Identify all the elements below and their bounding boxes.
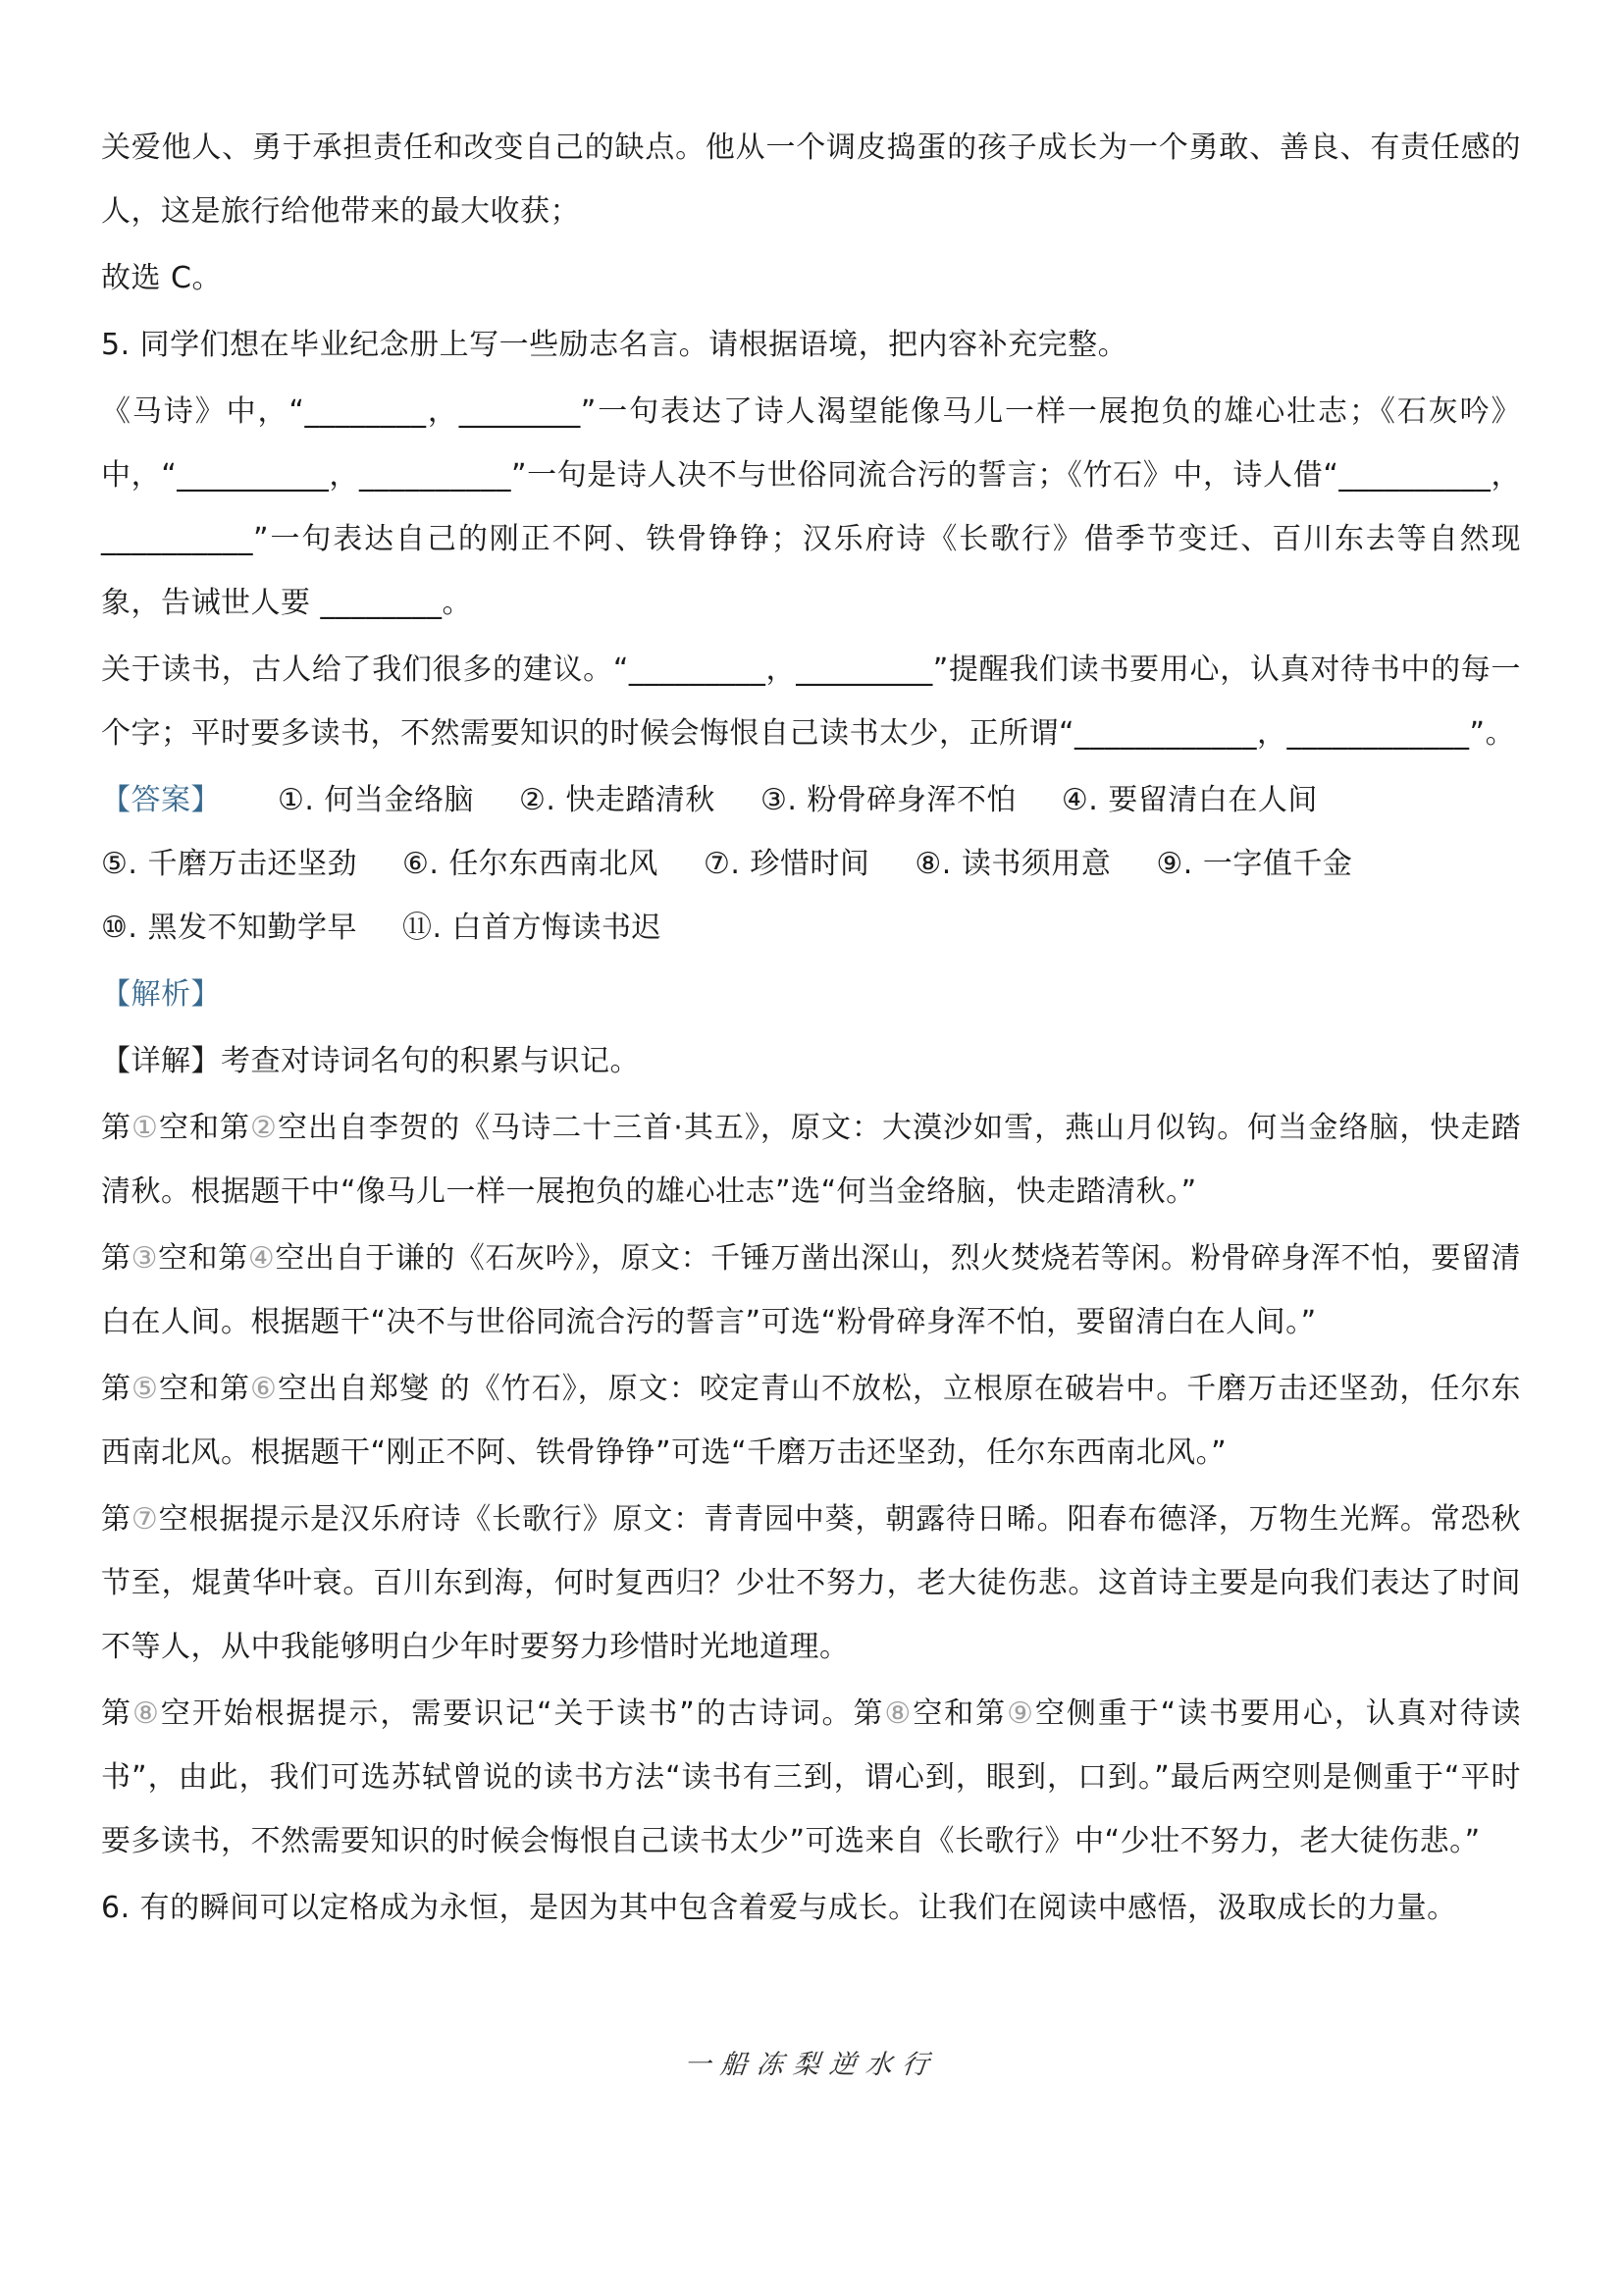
text-segment: 第 [101,1111,131,1145]
circled-number: ⑦ [131,1502,159,1537]
text-segment: 第 [101,1502,131,1537]
text-segment: 空和第 [159,1372,250,1406]
answer-item: ⑨. 一字值千金 [1156,832,1352,896]
answer-item: ⑥. 任尔东西南北风 [402,832,658,896]
paragraph-blank-3-4: 第③空和第④空出自于谦的《石灰吟》，原文：千锤万凿出深山，烈火焚烧若等闲。粉骨碎… [101,1226,1521,1354]
text-segment: 空出自于谦的《石灰吟》，原文：千锤万凿出深山，烈火焚烧若等闲。粉骨碎身浑不怕，要… [101,1241,1521,1339]
text-segment: 空和第 [158,1241,248,1276]
circled-number: ① [131,1111,159,1145]
text-segment: 空和第 [159,1111,250,1145]
circled-number: ⑧ [884,1696,913,1731]
document-body: 关爱他人、勇于承担责任和改变自己的缺点。他从一个调皮捣蛋的孩子成长为一个勇敢、善… [101,116,1521,1943]
text-segment: 空根据提示是汉乐府诗《长歌行》原文：青青园中葵，朝露待日晞。阳春布德泽，万物生光… [101,1502,1521,1664]
answer-label: 【答案】 [101,768,221,832]
circled-number: ⑧ [132,1696,161,1731]
text-segment: 第 [101,1696,132,1731]
paragraph-blank-7: 第⑦空根据提示是汉乐府诗《长歌行》原文：青青园中葵，朝露待日晞。阳春布德泽，万物… [101,1487,1521,1679]
answer-item: ⑦. 珍惜时间 [704,832,869,896]
paragraph-fill-blanks-reading: 关于读书，古人给了我们很多的建议。“_________，_________”提醒… [101,638,1521,765]
answer-item: ④. 要留清白在人间 [1062,768,1318,832]
circled-number: ⑨ [1007,1696,1035,1731]
text-segment: 空开始根据提示，需要识记“关于读书”的古诗词。第 [161,1696,885,1731]
answer-item: ③. 粉骨碎身浑不怕 [760,768,1017,832]
paragraph-detail-intro: 【详解】考查对诗词名句的积累与识记。 [101,1029,1521,1093]
exam-answer-page: { "page": { "background": "#ffffff", "ac… [0,0,1623,2296]
paragraph-question-5: 5. 同学们想在毕业纪念册上写一些励志名言。请根据语境，把内容补充完整。 [101,313,1521,377]
paragraph-blank-5-6: 第⑤空和第⑥空出自郑燮 的《竹石》，原文：咬定青山不放松，立根原在破岩中。千磨万… [101,1357,1521,1485]
answer-item: ⑧. 读书须用意 [915,832,1111,896]
answer-item: ⑤. 千磨万击还坚劲 [101,832,357,896]
paragraph-question-6: 6. 有的瞬间可以定格成为永恒，是因为其中包含着爱与成长。让我们在阅读中感悟，汲… [101,1876,1521,1940]
circled-number: ④ [248,1241,275,1276]
text-segment: 空和第 [913,1696,1007,1731]
circled-number: ② [250,1111,278,1145]
paragraph-analysis-tail: 关爱他人、勇于承担责任和改变自己的缺点。他从一个调皮捣蛋的孩子成长为一个勇敢、善… [101,116,1521,243]
answer-item: ①. 何当金络脑 [278,768,474,832]
paragraph-answer-choice: 故选 C。 [101,246,1521,310]
text-segment: 空出自李贺的《马诗二十三首·其五》，原文：大漠沙如雪，燕山月似钩。何当金络脑，快… [101,1111,1521,1209]
circled-number: ⑥ [250,1372,278,1406]
circled-number: ③ [131,1241,158,1276]
paragraph-blank-8-11: 第⑧空开始根据提示，需要识记“关于读书”的古诗词。第⑧空和第⑨空侧重于“读书要用… [101,1682,1521,1873]
circled-number: ⑤ [131,1372,159,1406]
paragraph-blank-1-2: 第①空和第②空出自李贺的《马诗二十三首·其五》，原文：大漠沙如雪，燕山月似钩。何… [101,1096,1521,1224]
answer-block: 【答案】①. 何当金络脑②. 快走踏清秋③. 粉骨碎身浑不怕④. 要留清白在人间… [101,768,1521,960]
answer-item: ②. 快走踏清秋 [519,768,715,832]
analysis-label: 【解析】 [101,963,1521,1026]
answer-item: ⑩. 黑发不知勤学早 [101,896,357,960]
paragraph-fill-blanks-poems: 《马诗》中，“________，________”一句表达了诗人渴望能像马儿一样… [101,380,1521,635]
answer-item: ⑪. 白首方悔读书迟 [402,896,661,960]
text-segment: 第 [101,1372,131,1406]
page-footer-watermark: 一船冻梨逆水行 [0,2043,1623,2081]
text-segment: 第 [101,1241,131,1276]
text-segment: 空出自郑燮 的《竹石》，原文：咬定青山不放松，立根原在破岩中。千磨万击还坚劲，任… [101,1372,1521,1470]
